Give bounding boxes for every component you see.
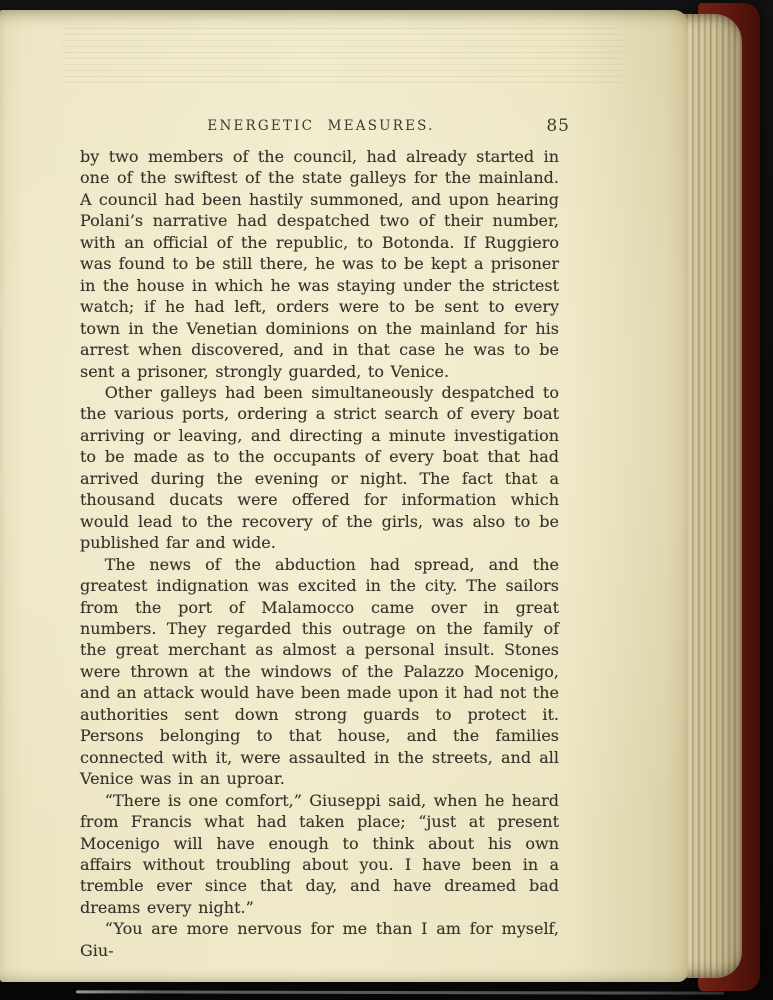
paragraph-2: Other galleys had been simultaneously de… [80,382,559,554]
paragraph-3: The news of the abduction had spread, an… [80,554,559,790]
chapter-header-title: ENERGETIC MEASURES. [207,118,434,134]
page-body: by two members of the council, had alrea… [80,146,559,961]
book-scan-photo: ENERGETIC MEASURES. 85 by two members of… [0,0,773,1000]
page-number: 85 [546,116,570,136]
paragraph-1: by two members of the council, had alrea… [80,146,559,382]
book-page: ENERGETIC MEASURES. 85 by two members of… [0,10,688,982]
paragraph-5: “You are more nervous for me than I am f… [80,918,559,961]
table-edge-line [76,990,724,994]
running-header: ENERGETIC MEASURES. 85 [80,116,562,134]
paragraph-4: “There is one comfort,” Giuseppi said, w… [80,790,559,919]
page-texture-streaks [62,28,622,86]
